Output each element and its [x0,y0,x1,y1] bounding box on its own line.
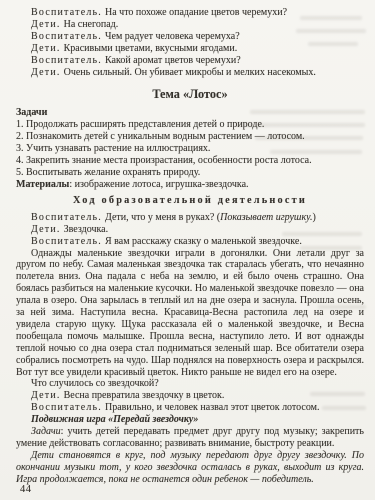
stage-direction: Показывает игрушку. [220,212,312,223]
dialogue-text: Чем радует человека черемуха? [105,31,240,42]
materials-line: Материалы: изображение лотоса, игрушка-з… [16,179,364,191]
speaker-label: Воспитатель. [31,236,102,247]
dialogue-text: На что похоже опадание цветов черемухи? [105,7,287,18]
tasks-heading: Задачи [16,107,364,119]
flow-heading: Ход образовательной деятельности [16,194,364,207]
game-tasks-text: : учить детей передавать предмет друг др… [16,426,364,449]
dialogue-text: ) [312,212,315,223]
dialogue-text: Я вам расскажу сказку о маленькой звездо… [105,236,302,247]
speaker-label: Дети. [31,67,61,78]
story-question: Что случилось со звездочкой? [16,378,364,390]
dialogue-line: Дети.Очень сильный. Он убивает микробы и… [16,67,364,79]
speaker-label: Воспитатель. [31,402,102,413]
page-number: 44 [20,484,32,496]
dialogue-line: Воспитатель.Я вам расскажу сказку о мале… [16,236,364,248]
materials-label: Материалы [16,179,69,190]
dialogue-line: Дети.Звездочка. [16,224,364,236]
dialogue-text: Очень сильный. Он убивает микробы и мелк… [64,67,316,78]
speaker-label: Воспитатель. [31,55,102,66]
game-title: Подвижная игра «Передай звездочку» [16,414,364,426]
dialogue-line: Дети.Весна превратила звездочку в цветок… [16,390,364,402]
dialogue-text: Весна превратила звездочку в цветок. [64,390,225,401]
dialogue-text: Красивыми цветами, вкусными ягодами. [64,43,238,54]
dialogue-line: Дети.Красивыми цветами, вкусными ягодами… [16,43,364,55]
speaker-label: Дети. [31,19,61,30]
game-tasks: Задачи: учить детей передавать предмет д… [16,426,364,450]
materials-text: : изображение лотоса, игрушка-звездочка. [69,179,248,190]
speaker-label: Воспитатель. [31,7,102,18]
speaker-label: Дети. [31,390,61,401]
speaker-label: Воспитатель. [31,212,102,223]
task-item: 4. Закрепить знание места произрастания,… [16,155,364,167]
dialogue-text: Звездочка. [64,224,109,235]
dialogue-line: Воспитатель.На что похоже опадание цвето… [16,7,364,19]
dialogue-line: Дети.На снегопад. [16,19,364,31]
story-paragraph: Однажды маленькие звездочки играли в дог… [16,248,364,379]
game-description: Дети становятся в круг, под музыку перед… [16,450,364,486]
task-item: 5. Воспитывать желание охранять природу. [16,167,364,179]
speaker-label: Воспитатель. [31,31,102,42]
dialogue-text: На снегопад. [64,19,119,30]
task-item: 3. Учить узнавать растение на иллюстраци… [16,143,364,155]
dialogue-text: Дети, что у меня в руках? ( [105,212,220,223]
dialogue-line: Воспитатель.Чем радует человека черемуха… [16,31,364,43]
dialogue-text: Правильно, и человек назвал этот цветок … [105,402,320,413]
section-title: Тема «Лотос» [16,87,364,101]
book-page: Воспитатель.На что похоже опадание цвето… [0,0,375,500]
speaker-label: Дети. [31,43,61,54]
dialogue-line: Воспитатель.Дети, что у меня в руках? (П… [16,212,364,224]
dialogue-line: Воспитатель.Правильно, и человек назвал … [16,402,364,414]
task-item: 1. Продолжать расширять представления де… [16,119,364,131]
game-tasks-label: Задачи [31,426,61,437]
dialogue-text: Какой аромат цветов черемухи? [105,55,241,66]
dialogue-line: Воспитатель.Какой аромат цветов черемухи… [16,55,364,67]
task-item: 2. Познакомить детей с уникальным водным… [16,131,364,143]
speaker-label: Дети. [31,224,61,235]
